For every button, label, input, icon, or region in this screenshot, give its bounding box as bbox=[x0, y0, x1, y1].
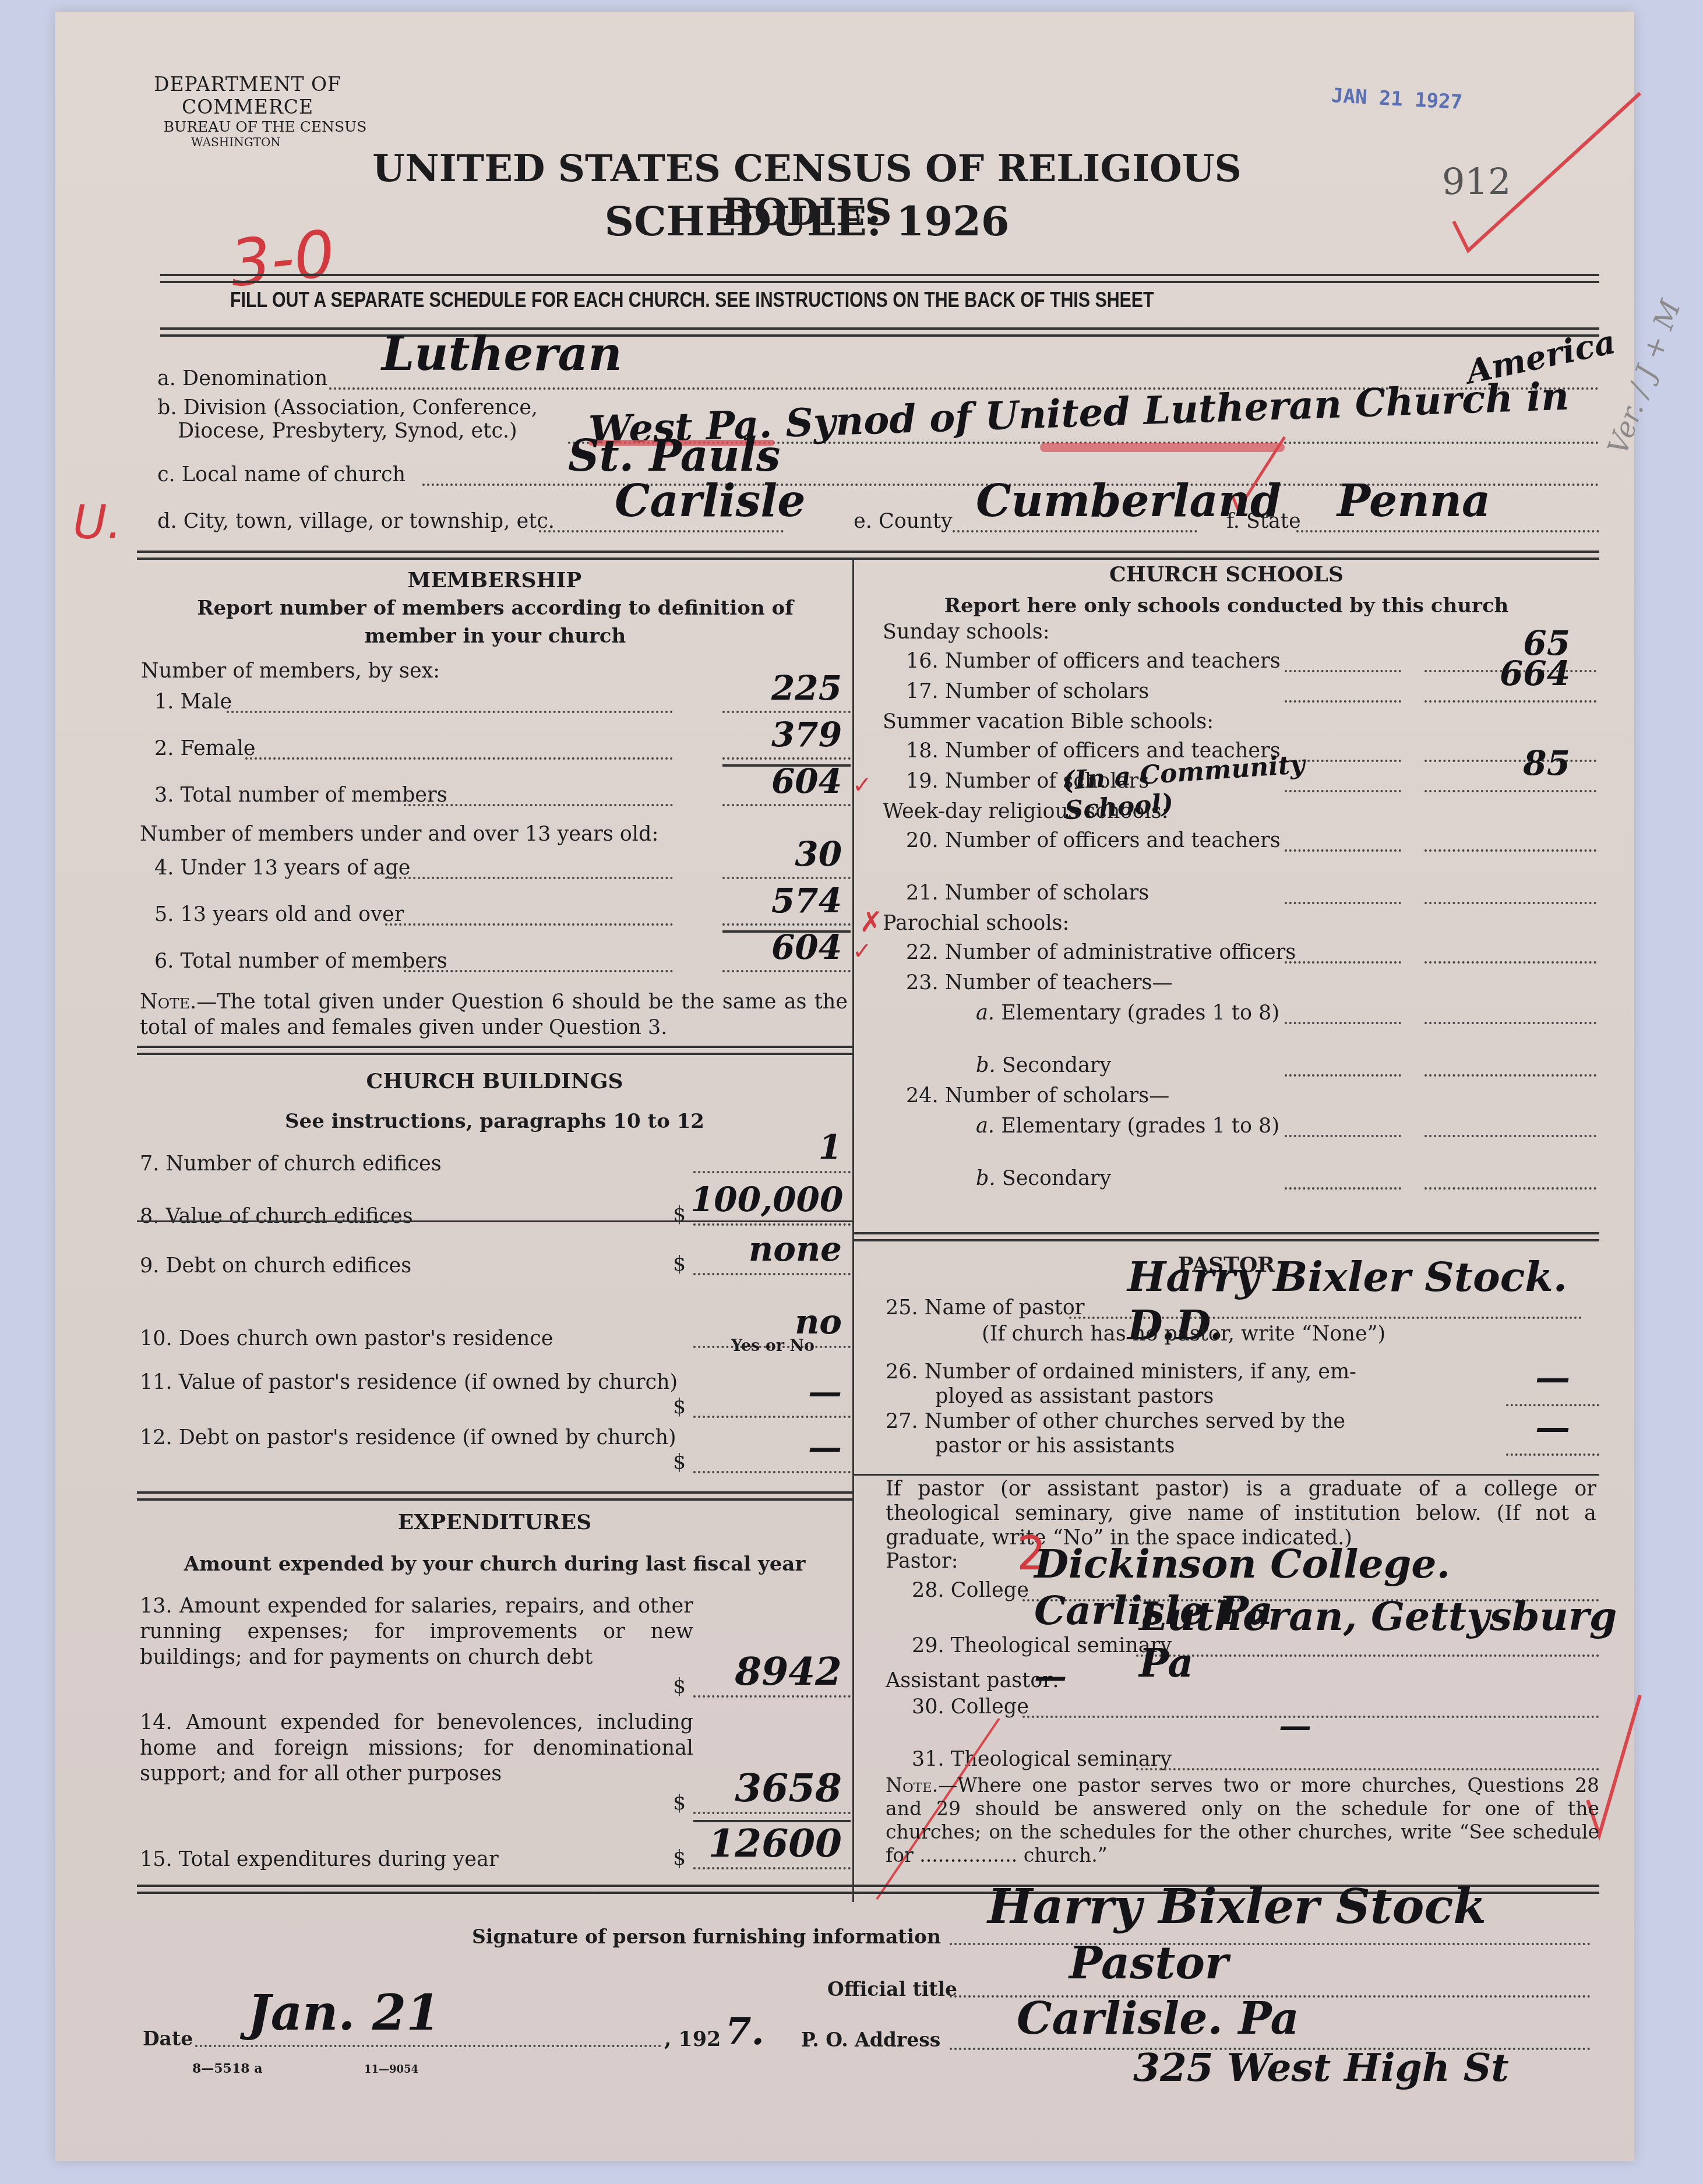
buildings-value: 100,000 bbox=[690, 1180, 842, 1219]
membership-label-leader bbox=[404, 804, 673, 806]
expenditure-value-field[interactable] bbox=[693, 1867, 851, 1869]
school-group-label: Summer vacation Bible schools: bbox=[883, 710, 1214, 733]
department-name: DEPARTMENT OF COMMERCE bbox=[102, 73, 393, 118]
membership-label-leader bbox=[385, 923, 673, 926]
membership-row-label: 6. Total number of members bbox=[154, 950, 447, 973]
city-label: d. City, town, village, or township, etc… bbox=[157, 510, 555, 533]
local-name-label: c. Local name of church bbox=[157, 463, 406, 486]
red-tick-icon: ✓ bbox=[852, 772, 872, 799]
membership-section-title: MEMBERSHIP bbox=[137, 568, 852, 592]
header-divider-bottom bbox=[160, 327, 1599, 337]
school-row-label: b. Secondary bbox=[976, 1054, 1111, 1077]
form-number: 8—5518 a bbox=[192, 2061, 262, 2076]
schools-divider bbox=[854, 1232, 1599, 1241]
school-group-label: Sunday schools: bbox=[883, 620, 1049, 644]
dollar-sign: $ bbox=[673, 1847, 686, 1870]
official-title-value: Pastor bbox=[1069, 1937, 1228, 1989]
dollar-sign: $ bbox=[673, 1203, 686, 1226]
assistant-pastor-label: Assistant pastor: bbox=[886, 1669, 1059, 1692]
buildings-value-field[interactable] bbox=[693, 1273, 851, 1275]
pastor-note-head: Note. bbox=[886, 1774, 938, 1797]
q31-field-line[interactable] bbox=[1136, 1768, 1599, 1770]
membership-value: 379 bbox=[725, 715, 842, 754]
membership-value: 30 bbox=[725, 834, 842, 874]
signature-label: Signature of person furnishing informati… bbox=[472, 1925, 941, 1948]
members-by-age-label: Number of members under and over 13 year… bbox=[140, 823, 658, 846]
buildings-row-label: 10. Does church own pastor's residence bbox=[140, 1325, 687, 1352]
expenditure-value-field[interactable] bbox=[693, 1695, 851, 1698]
buildings-value: no bbox=[690, 1302, 842, 1342]
county-label: e. County bbox=[854, 510, 953, 533]
expenditure-row-label: 13. Amount expended for salaries, repair… bbox=[140, 1593, 693, 1670]
city-field-line[interactable] bbox=[539, 530, 784, 532]
school-value-field[interactable] bbox=[1425, 700, 1596, 703]
state-field-line[interactable] bbox=[1296, 530, 1599, 532]
buildings-value-field[interactable] bbox=[693, 1471, 851, 1473]
pastor-note: Note.—Where one pastor serves two or mor… bbox=[886, 1774, 1599, 1867]
school-label-leader bbox=[1285, 1074, 1401, 1077]
pastor-education-label: Pastor: bbox=[886, 1550, 958, 1573]
signature-value: Harry Bixler Stock bbox=[988, 1879, 1486, 1935]
expenditures-section-title: EXPENDITURES bbox=[137, 1510, 852, 1534]
q27-label-line1: 27. Number of other churches served by t… bbox=[886, 1410, 1345, 1433]
buildings-value: — bbox=[690, 1372, 842, 1412]
buildings-value: 1 bbox=[690, 1127, 842, 1167]
buildings-value: — bbox=[690, 1427, 842, 1467]
school-row-label: a. Elementary (grades 1 to 8) bbox=[976, 1001, 1279, 1025]
red-check-mark-icon bbox=[1442, 82, 1652, 256]
assistant-pastor-value: — bbox=[1034, 1657, 1067, 1696]
buildings-subdivider bbox=[137, 1220, 852, 1222]
buildings-row-label: 12. Debt on pastor's residence (if owned… bbox=[140, 1424, 687, 1451]
school-label-leader bbox=[1285, 849, 1401, 852]
school-row-label: 24. Number of scholars— bbox=[906, 1084, 1169, 1107]
membership-value-field[interactable] bbox=[722, 711, 851, 713]
year-digit: 7. bbox=[725, 2010, 764, 2054]
division-label-line2: Diocese, Presbytery, Synod, etc.) bbox=[178, 419, 517, 443]
school-value-field[interactable] bbox=[1425, 902, 1596, 904]
members-by-sex-label: Number of members, by sex: bbox=[141, 659, 440, 683]
education-instructions: If pastor (or assistant pastor) is a gra… bbox=[886, 1477, 1596, 1550]
department-header: DEPARTMENT OF COMMERCE BUREAU OF THE CEN… bbox=[102, 73, 393, 149]
school-row-label: b. Secondary bbox=[976, 1167, 1111, 1190]
membership-label-leader bbox=[227, 711, 673, 713]
buildings-value-field[interactable] bbox=[693, 1223, 851, 1226]
q30-value: — bbox=[1279, 1707, 1311, 1745]
membership-row-label: 1. Male bbox=[154, 690, 232, 714]
red-x-mark-icon: ✗ bbox=[859, 906, 883, 938]
buildings-divider bbox=[137, 1491, 852, 1501]
q27-field-line[interactable] bbox=[1506, 1453, 1599, 1456]
print-number: 11—9054 bbox=[364, 2063, 418, 2076]
school-row-label: 17. Number of scholars bbox=[906, 680, 1149, 703]
schools-section-title: CHURCH SCHOOLS bbox=[854, 562, 1599, 587]
expenditure-value: 3658 bbox=[690, 1765, 842, 1811]
school-value-field[interactable] bbox=[1425, 1187, 1596, 1190]
q28-label: 28. College bbox=[912, 1579, 1029, 1602]
bureau-name: BUREAU OF THE CENSUS bbox=[137, 118, 393, 135]
po-address-label: P. O. Address bbox=[801, 2028, 940, 2051]
pastor-name-hint: (If church has no pastor, write “None”) bbox=[982, 1322, 1385, 1346]
school-value: 85 bbox=[1413, 743, 1570, 783]
year-prefix: , 192 bbox=[664, 2027, 721, 2051]
county-field-line[interactable] bbox=[953, 530, 1197, 532]
pastor-name-label: 25. Name of pastor bbox=[886, 1296, 1085, 1319]
school-label-leader bbox=[1285, 1187, 1401, 1190]
school-value-field[interactable] bbox=[1425, 790, 1596, 792]
date-label: Date bbox=[143, 2027, 193, 2050]
school-group-label: Week-day religious schools: bbox=[883, 800, 1168, 823]
expenditure-value-field[interactable] bbox=[693, 1812, 851, 1814]
expenditure-row-label: 15. Total expenditures during year bbox=[140, 1847, 693, 1872]
date-value: Jan. 21 bbox=[248, 1984, 440, 2041]
school-label-leader bbox=[1285, 902, 1401, 904]
dollar-sign: $ bbox=[673, 1791, 686, 1815]
expenditure-value: 8942 bbox=[690, 1649, 842, 1694]
membership-row-label: 4. Under 13 years of age bbox=[154, 856, 411, 880]
q27-value: — bbox=[1535, 1407, 1570, 1448]
q26-value: — bbox=[1535, 1357, 1570, 1398]
school-value-field[interactable] bbox=[1425, 961, 1596, 964]
school-row-label: 22. Number of administrative officers bbox=[906, 941, 1296, 964]
membership-value: 225 bbox=[725, 668, 842, 708]
buildings-row-label: 9. Debt on church edifices bbox=[140, 1252, 687, 1279]
membership-label-leader bbox=[385, 877, 673, 879]
buildings-section-title: CHURCH BUILDINGS bbox=[137, 1069, 852, 1093]
pastor-subdivider bbox=[854, 1474, 1599, 1476]
denomination-label: a. Denomination bbox=[157, 367, 327, 390]
pastor-note-text: —Where one pastor serves two or more chu… bbox=[886, 1774, 1599, 1867]
city-value: Carlisle bbox=[615, 475, 806, 527]
school-label-leader bbox=[1285, 670, 1401, 672]
membership-note-text: —The total given under Question 6 should… bbox=[140, 990, 848, 1039]
q27-label-line2: pastor or his assistants bbox=[935, 1434, 1175, 1458]
membership-label-leader bbox=[404, 970, 673, 972]
membership-value: 574 bbox=[725, 881, 842, 920]
school-label-leader bbox=[1285, 961, 1401, 964]
membership-row-label: 3. Total number of members bbox=[154, 784, 447, 807]
buildings-value: none bbox=[690, 1229, 842, 1269]
expenditure-row-label: 14. Amount expended for benevolences, in… bbox=[140, 1710, 693, 1787]
membership-value-field[interactable] bbox=[722, 923, 851, 926]
expenditure-value: 12600 bbox=[690, 1820, 842, 1866]
state-label: f. State bbox=[1226, 510, 1301, 533]
membership-row-label: 5. 13 years old and over bbox=[154, 903, 404, 926]
division-label-line1: b. Division (Association, Conference, bbox=[157, 396, 538, 419]
column-divider bbox=[852, 559, 854, 1902]
buildings-row-label: 8. Value of church edifices bbox=[140, 1203, 687, 1230]
signature-field-line[interactable] bbox=[950, 1943, 1591, 1945]
buildings-value-field[interactable] bbox=[693, 1171, 851, 1173]
school-value: 664 bbox=[1413, 654, 1570, 693]
official-title-label: Official title bbox=[827, 1978, 957, 2000]
school-label-leader bbox=[1285, 700, 1401, 703]
school-label-leader bbox=[1285, 1022, 1401, 1024]
membership-value-field[interactable] bbox=[722, 804, 851, 806]
membership-divider bbox=[137, 1046, 852, 1055]
membership-note: Note.—The total given under Question 6 s… bbox=[140, 989, 848, 1040]
dollar-sign: $ bbox=[673, 1675, 686, 1698]
dollar-sign: $ bbox=[673, 1395, 686, 1419]
expenditures-divider bbox=[137, 1885, 852, 1894]
header-divider-top bbox=[160, 274, 1599, 283]
separate-schedule-instruction: FILL OUT A SEPARATE SCHEDULE FOR EACH CH… bbox=[230, 288, 1154, 312]
school-value-field[interactable] bbox=[1425, 1074, 1596, 1077]
date-field-line[interactable] bbox=[195, 2045, 661, 2047]
denomination-value: Lutheran bbox=[382, 326, 622, 381]
q26-label-line1: 26. Number of ordained ministers, if any… bbox=[886, 1360, 1356, 1384]
membership-value-field[interactable] bbox=[722, 877, 851, 879]
membership-row-label: 2. Female bbox=[154, 737, 256, 760]
school-value-field[interactable] bbox=[1425, 1135, 1596, 1137]
q26-label-line2: ployed as assistant pastors bbox=[935, 1385, 1214, 1408]
dollar-sign: $ bbox=[673, 1451, 686, 1474]
census-schedule-sheet: DEPARTMENT OF COMMERCE BUREAU OF THE CEN… bbox=[55, 12, 1634, 2161]
q29-value: Lutheran, Gettysburg Pa bbox=[1139, 1593, 1634, 1686]
q29-label: 29. Theological seminary bbox=[912, 1634, 1172, 1657]
membership-note-head: Note. bbox=[140, 990, 196, 1014]
membership-value: 604 bbox=[725, 761, 842, 801]
q26-field-line[interactable] bbox=[1506, 1404, 1599, 1406]
school-group-label: Parochial schools: bbox=[883, 912, 1069, 935]
identity-divider bbox=[137, 551, 1599, 560]
membership-label-leader bbox=[245, 757, 673, 760]
membership-value: 604 bbox=[725, 927, 842, 967]
membership-value-field[interactable] bbox=[722, 970, 851, 972]
dollar-sign: $ bbox=[673, 1252, 686, 1276]
yes-or-no-hint: Yes or No bbox=[731, 1337, 815, 1355]
school-row-label: 16. Number of officers and teachers bbox=[906, 650, 1281, 673]
school-row-label: 20. Number of officers and teachers bbox=[906, 829, 1281, 852]
school-value-field[interactable] bbox=[1425, 1022, 1596, 1024]
buildings-row-label: 11. Value of pastor's residence (if owne… bbox=[140, 1369, 687, 1396]
state-value: Penna bbox=[1337, 475, 1490, 527]
school-row-label: 23. Number of teachers— bbox=[906, 971, 1172, 994]
street-address-value: 325 West High St bbox=[1133, 2045, 1509, 2090]
school-row-label: a. Elementary (grades 1 to 8) bbox=[976, 1114, 1279, 1138]
buildings-value-field[interactable] bbox=[693, 1416, 851, 1418]
buildings-row-label: 7. Number of church edifices bbox=[140, 1151, 687, 1177]
po-address-value: Carlisle. Pa bbox=[1017, 1992, 1299, 2044]
membership-instruction: Report number of members according to de… bbox=[195, 594, 795, 650]
schools-instruction: Report here only schools conducted by th… bbox=[854, 594, 1599, 618]
schedule-year-title: SCHEDULE: 1926 bbox=[341, 197, 1273, 245]
local-name-value: St. Pauls bbox=[568, 431, 780, 481]
membership-value-field[interactable] bbox=[722, 757, 851, 760]
expenditures-instruction: Amount expended by your church during la… bbox=[137, 1553, 852, 1576]
school-value-field[interactable] bbox=[1425, 849, 1596, 852]
pencil-verification-note: Ver. / J + M bbox=[1602, 296, 1688, 459]
school-label-leader bbox=[1285, 1135, 1401, 1137]
red-tick-icon: ✓ bbox=[852, 938, 872, 965]
red-margin-mark: U. bbox=[73, 495, 122, 549]
school-row-label: 21. Number of scholars bbox=[906, 881, 1149, 905]
